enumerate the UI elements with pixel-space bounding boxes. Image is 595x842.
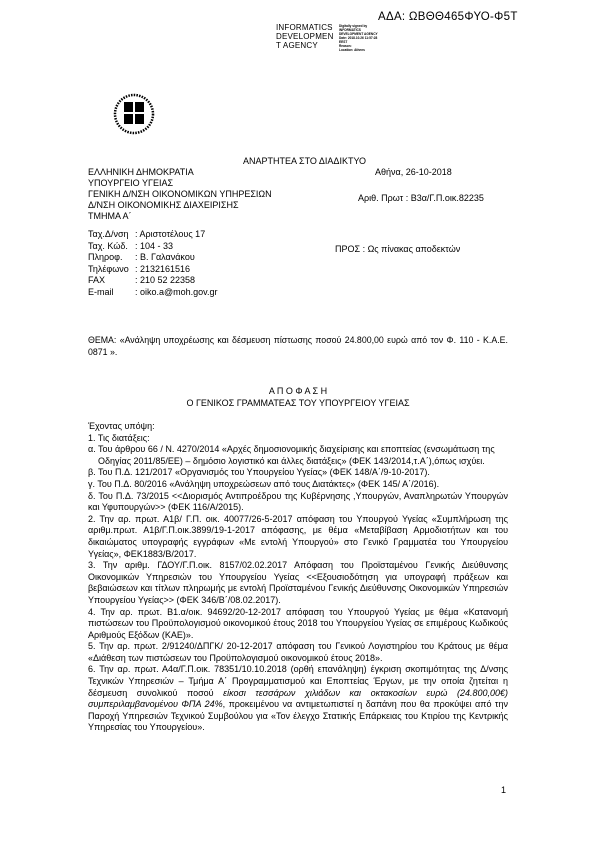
contact-row: Πληροφ. : Β. Γαλανάκου [88,252,129,264]
contact-value: : 210 52 22358 [135,275,195,286]
item-g: γ. Του Π.Δ. 80/2016 «Ανάληψη υποχρεώσεων… [88,479,508,491]
contact-row: Ταχ. Κώδ. : 104 - 33 [88,241,129,253]
sender-block: ΕΛΛΗΝΙΚΗ ΔΗΜΟΚΡΑΤΙΑ ΥΠΟΥΡΓΕΙΟ ΥΓΕΙΑΣ ΓΕΝ… [88,167,272,222]
item-4: 4. Την αρ. πρωτ. Β1.α/οικ. 94692/20-12-2… [88,607,508,642]
contact-row: E-mail : oiko.a@moh.gov.gr [88,287,129,299]
logo-line: INFORMATICS [276,23,334,32]
sender-line: ΤΜΗΜΑ Α΄ [88,211,272,222]
page-number: 1 [501,785,506,796]
sender-line: ΓΕΝΙΚΗ Δ/ΝΣΗ ΟΙΚΟΝΟΜΙΚΩΝ ΥΠΗΡΕΣΙΩΝ [88,189,272,200]
preamble: Έχοντας υπόψη: 1. Τις διατάξεις: α. Του … [88,421,508,734]
signature-logo: INFORMATICS DEVELOPMEN T AGENCY [276,23,334,50]
item-3: 3. Την αριθμ. ΓΔΟΥ/Γ.Π.οικ. 8157/02.02.2… [88,560,508,606]
sender-line: ΕΛΛΗΝΙΚΗ ΔΗΜΟΚΡΑΤΙΑ [88,167,272,178]
decision-subtitle: Ο ΓΕΝΙΚΟΣ ΓΡΑΜΜΑΤΕΑΣ ΤΟΥ ΥΠΟΥΡΓΕΙΟΥ ΥΓΕΙ… [88,398,508,409]
contact-label: Τηλέφωνο [88,264,129,274]
contact-block: Ταχ.Δ/νση : Αριστοτέλους 17 Ταχ. Κώδ. : … [88,229,129,298]
contact-label: Ταχ.Δ/νση [88,229,129,239]
item-1: 1. Τις διατάξεις: [88,433,508,445]
item-5: 5. Την αρ. πρωτ. 2/91240/ΔΠΓΚ/ 20-12-201… [88,641,508,664]
logo-line: DEVELOPMEN [276,32,334,41]
date-line: Αθήνα, 26-10-2018 [375,167,452,178]
contact-row: FAX : 210 52 22358 [88,275,129,287]
sender-line: Δ/ΝΣΗ ΟΙΚΟΝΟΜΙΚΗΣ ΔΙΑΧΕΙΡΙΣΗΣ [88,200,272,211]
contact-label: Πληροφ. [88,252,122,262]
decision-title: Α Π Ο Φ Α Σ Η [88,386,508,397]
contact-value: : 104 - 33 [135,241,173,252]
protocol-number: Αριθ. Πρωτ : Β3α/Γ.Π.οικ.82235 [358,193,484,204]
item-d: δ. Του Π.Δ. 73/2015 <<Διορισμός Αντιπροέ… [88,491,508,514]
contact-label: FAX [88,275,105,285]
item-a-cont: Οδηγίας 2011/85/ΕΕ) – δημόσιο λογιστικό … [88,456,508,468]
digital-signature-details: Digitally signed by INFORMATICS DEVELOPM… [339,24,399,52]
sig-line: Location: Athens [339,48,399,52]
contact-label: E-mail [88,287,114,297]
item-6: 6. Την αρ. πρωτ. Α4α/Γ.Π.οικ. 78351/10.1… [88,664,508,734]
contact-row: Ταχ.Δ/νση : Αριστοτέλους 17 [88,229,129,241]
item-2: 2. Την αρ. πρωτ. Α1β/ Γ.Π. οικ. 40077/26… [88,514,508,560]
contact-value: : oiko.a@moh.gov.gr [135,287,218,298]
sender-line: ΥΠΟΥΡΓΕΙΟ ΥΓΕΙΑΣ [88,178,272,189]
ada-code: ΑΔΑ: ΩΒΘΘ465ΦΥΟ-Φ5Τ [378,11,518,23]
considering-label: Έχοντας υπόψη: [88,421,508,433]
contact-value: : Αριστοτέλους 17 [135,229,205,240]
logo-line: T AGENCY [276,41,334,50]
item-a: α. Του άρθρου 66 / Ν. 4270/2014 «Αρχές δ… [88,444,508,456]
item-b: β. Του Π.Δ. 121/2017 «Οργανισμός του Υπο… [88,467,508,479]
contact-label: Ταχ. Κώδ. [88,241,128,251]
subject: ΘΕΜΑ: «Ανάληψη υποχρέωσης και δέσμευση π… [88,335,508,358]
contact-row: Τηλέφωνο : 2132161516 [88,264,129,276]
contact-value: : 2132161516 [135,264,190,275]
recipient: ΠΡΟΣ : Ως πίνακας αποδεκτών [335,244,460,255]
posting-note: ΑΝΑΡΤΗΤΕΑ ΣΤΟ ΔΙΑΔΙΚΤΥΟ [243,156,366,167]
contact-value: : Β. Γαλανάκου [135,252,195,263]
coat-of-arms-icon [112,92,156,136]
